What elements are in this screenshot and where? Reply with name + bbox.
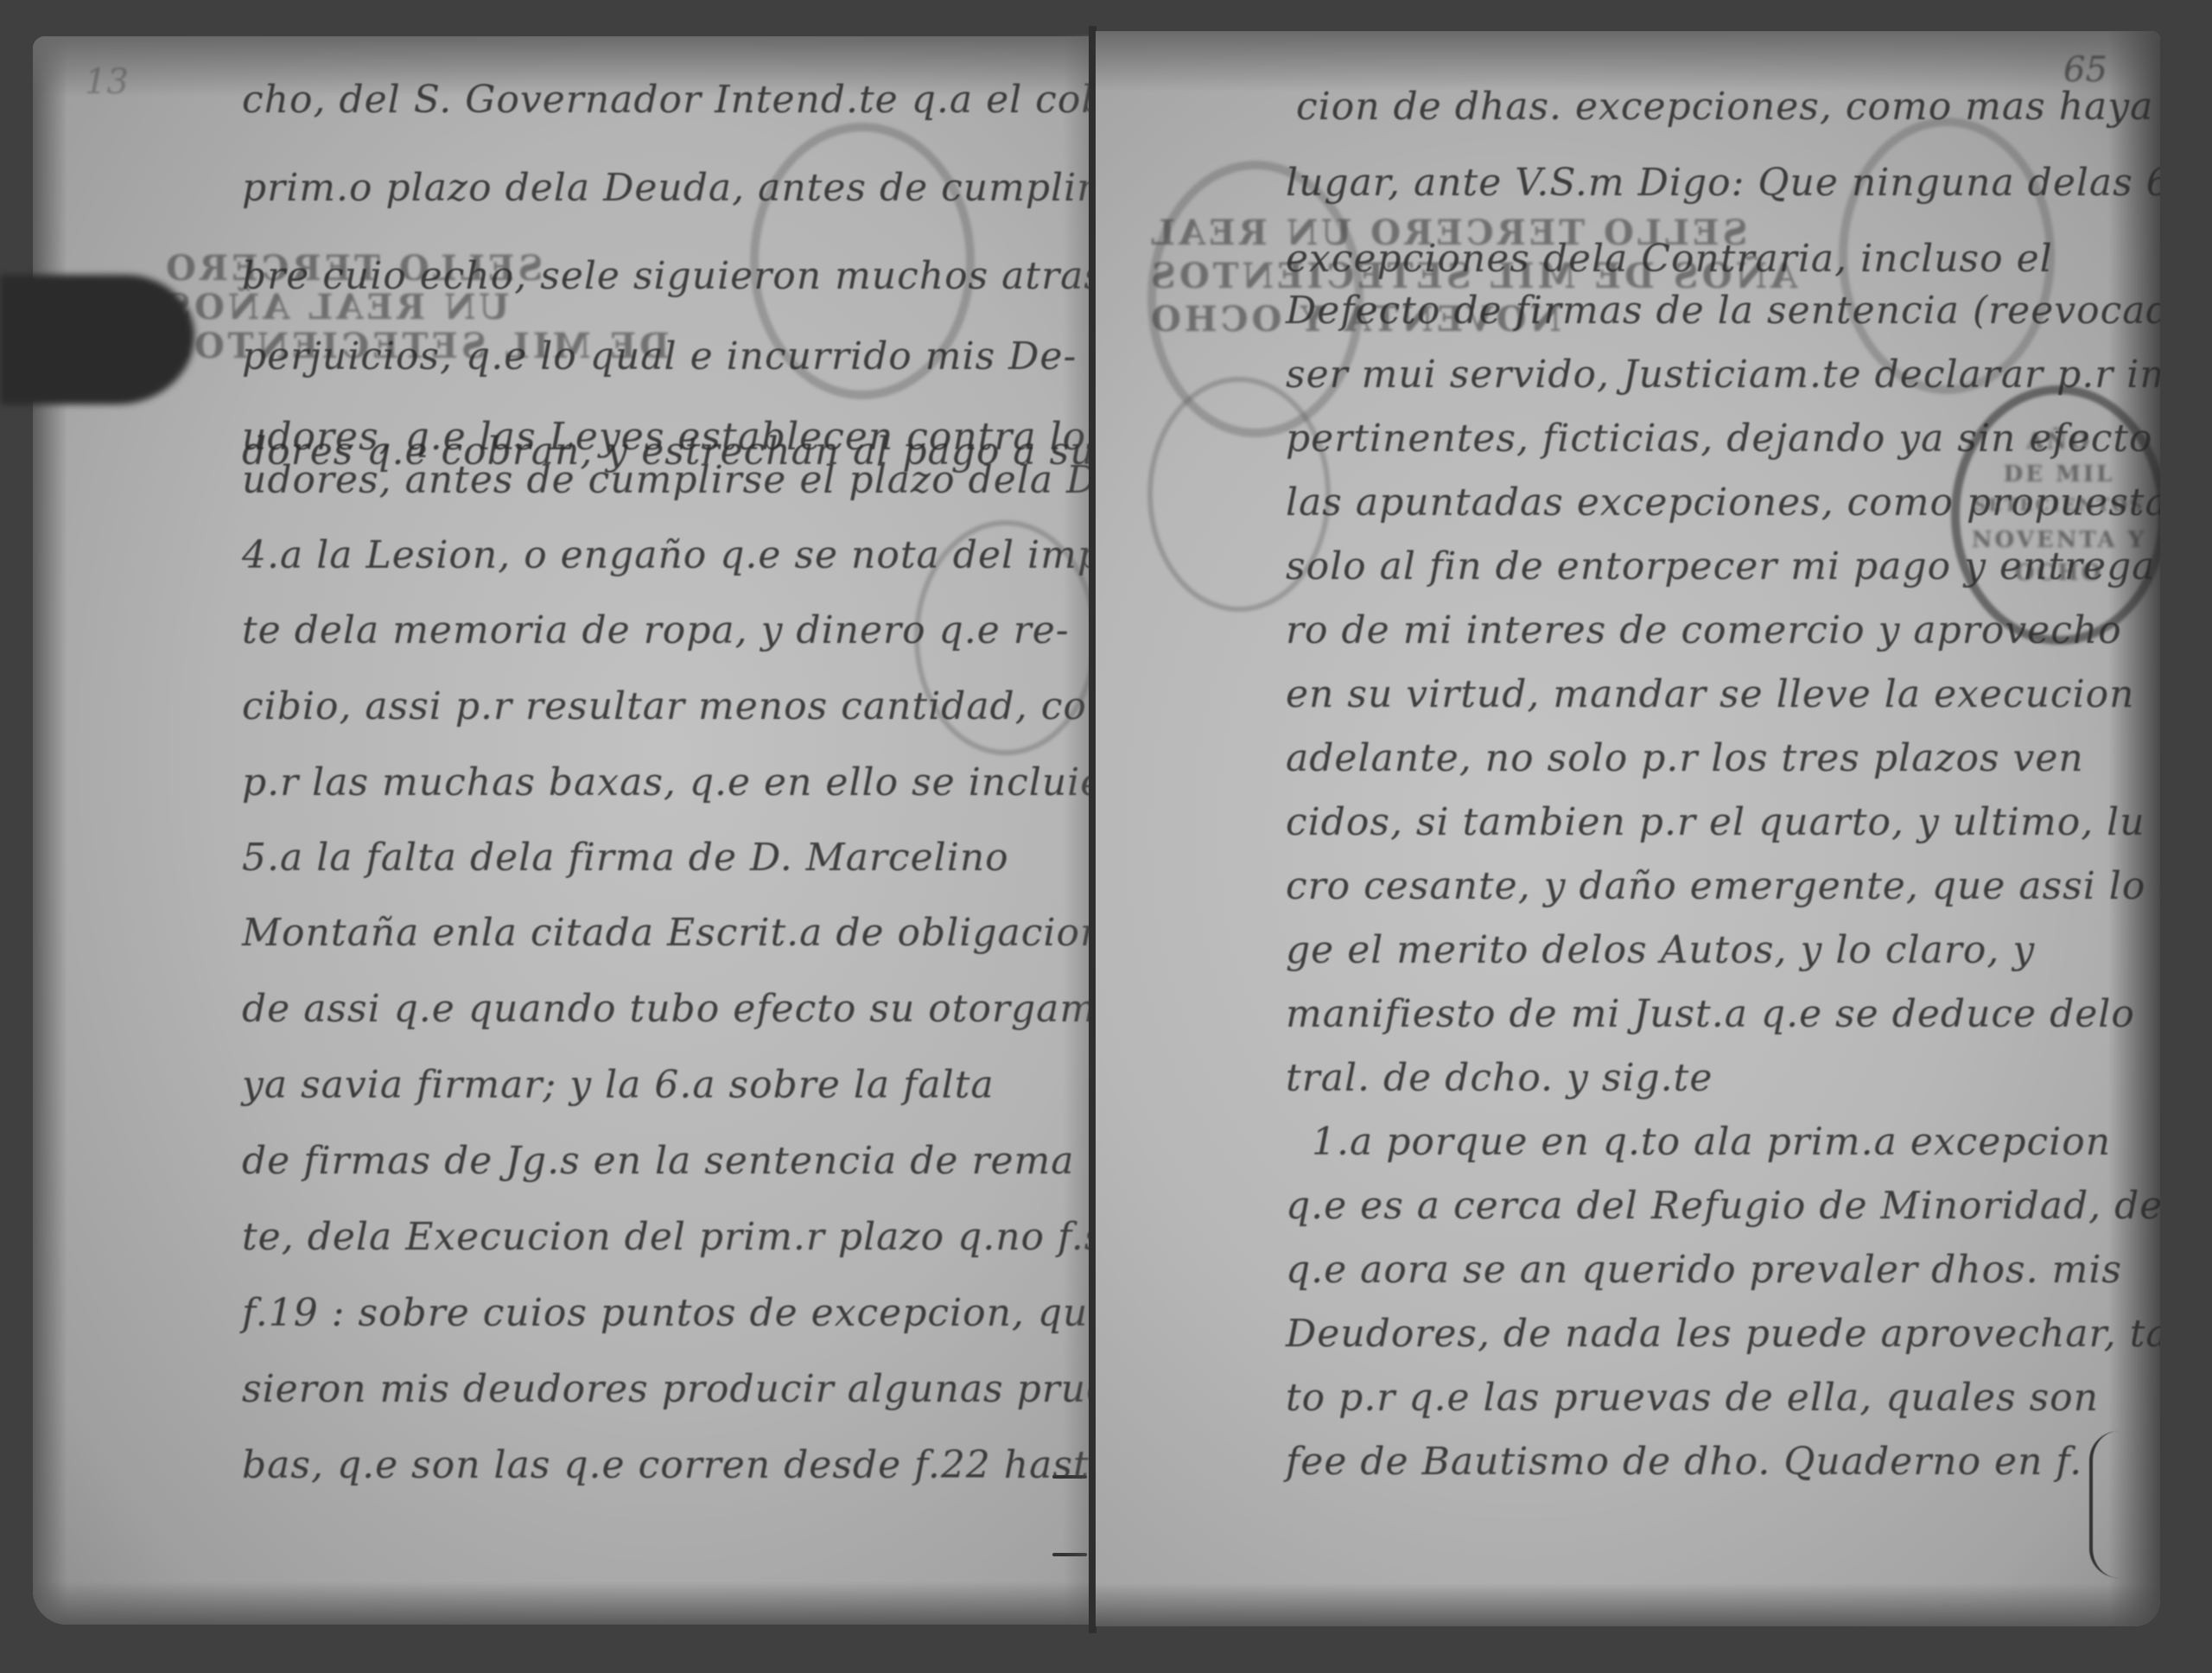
- manuscript-line: bas, q.e son las q.e corren desde f.22 h…: [242, 1443, 1090, 1487]
- manuscript-line: 4.a la Lesion, o engaño q.e se nota del …: [242, 533, 1090, 577]
- manuscript-line: cibio, assi p.r resultar menos cantidad,…: [242, 684, 1090, 728]
- manuscript-line: udores, antes de cumplirse el plazo dela…: [242, 458, 1090, 502]
- manuscript-line: sieron mis deudores producir algunas pru…: [242, 1367, 1090, 1411]
- left-page-bottom-shadow: [33, 1581, 1090, 1625]
- manuscript-line: ro de mi interes de comercio y aprovecho: [1286, 608, 2122, 652]
- right-page: 65 SELLO TERCERO UN REAL AÑOS DE MIL SET…: [1096, 31, 2160, 1626]
- manuscript-line: ge el merito delos Autos, y lo claro, y: [1286, 928, 2035, 972]
- manuscript-line: lugar, ante V.S.m Digo: Que ninguna dela…: [1286, 161, 2160, 205]
- manuscript-line: las apuntadas excepciones, como propuest…: [1286, 480, 2160, 525]
- manuscript-line: to p.r q.e las pruevas de ella, quales s…: [1286, 1376, 2099, 1420]
- manuscript-line: fee de Bautismo de dho. Quaderno en f.: [1286, 1440, 2082, 1484]
- manuscript-line: 1.a porque en q.to ala prim.a excepcion: [1312, 1120, 2111, 1164]
- manuscript-line: manifiesto de mi Just.a q.e se deduce de…: [1286, 992, 2135, 1036]
- manuscript-line: cro cesante, y daño emergente, que assi …: [1286, 864, 2160, 908]
- manuscript-line: en su virtud, mandar se lleve la execuci…: [1286, 672, 2134, 716]
- manuscript-line: pertinentes, ficticias, dejando ya sin e…: [1286, 417, 2153, 461]
- manuscript-line: perjuicios, q.e lo qual e incurrido mis …: [242, 334, 1077, 378]
- manuscript-line: q.e es a cerca del Refugio de Minoridad,…: [1286, 1184, 2160, 1228]
- manuscript-line: 5.a la falta dela firma de D. Marcelino: [242, 836, 1009, 880]
- manuscript-line: de assi q.e quando tubo efecto su otorga…: [242, 987, 1090, 1031]
- manuscript-line: Defecto de firmas de la sentencia (reevo…: [1286, 289, 2160, 333]
- manuscript-line: tral. de dcho. y sig.te: [1286, 1056, 1713, 1100]
- manuscript-line: ya savia firmar; y la 6.a sobre la falta: [242, 1063, 995, 1107]
- manuscript-line: adelante, no solo p.r los tres plazos ve…: [1286, 736, 2084, 780]
- manuscript-line: p.r las muchas baxas, q.e en ello se inc…: [242, 760, 1090, 805]
- manuscript-line: cidos, si tambien p.r el quarto, y ultim…: [1286, 800, 2145, 844]
- thumb-shadow: [0, 275, 194, 404]
- manuscript-line: cho, del S. Governador Intend.te q.a el …: [242, 78, 1090, 122]
- manuscript-line: solo al fin de entorpecer mi pago y entr…: [1286, 544, 2155, 588]
- manuscript-line: te, dela Execucion del prim.r plazo q.no…: [242, 1215, 1090, 1259]
- left-page: 13 SELLO TERCERO UN REAL AÑOS DE MIL SET…: [33, 36, 1090, 1625]
- right-page-bottom-shadow: [1096, 1583, 2160, 1626]
- right-page-top-shadow: [1096, 31, 2160, 92]
- manuscript-line: ser mui servido, Justiciam.te declarar p…: [1286, 353, 2160, 397]
- manuscript-line: bre cuio echo, sele siguieron muchos atr…: [242, 254, 1090, 298]
- manuscript-line: Deudores, de nada les puede aprovechar, …: [1286, 1312, 2160, 1356]
- manuscript-line: te dela memoria de ropa, y dinero q.e re…: [242, 608, 1070, 652]
- margin-bracket: [2089, 1431, 2119, 1578]
- manuscript-line: q.e aora se an querido prevaler dhos. mi…: [1286, 1248, 2122, 1292]
- manuscript-line: de firmas de Jg.s en la sentencia de rem…: [242, 1139, 1074, 1183]
- left-folio-mark: 13: [85, 62, 129, 102]
- manuscript-line: f.19 : sobre cuios puntos de excepcion, …: [242, 1291, 1090, 1335]
- manuscript-line: prim.o plazo dela Deuda, antes de cumpli…: [242, 166, 1090, 210]
- manuscript-line: cion de dhas. excepciones, como mas haya: [1296, 85, 2153, 129]
- manuscript-line: excepciones dela Contraria, incluso el: [1286, 237, 2053, 281]
- manuscript-line: Montaña enla citada Escrit.a de obligaci…: [242, 911, 1090, 955]
